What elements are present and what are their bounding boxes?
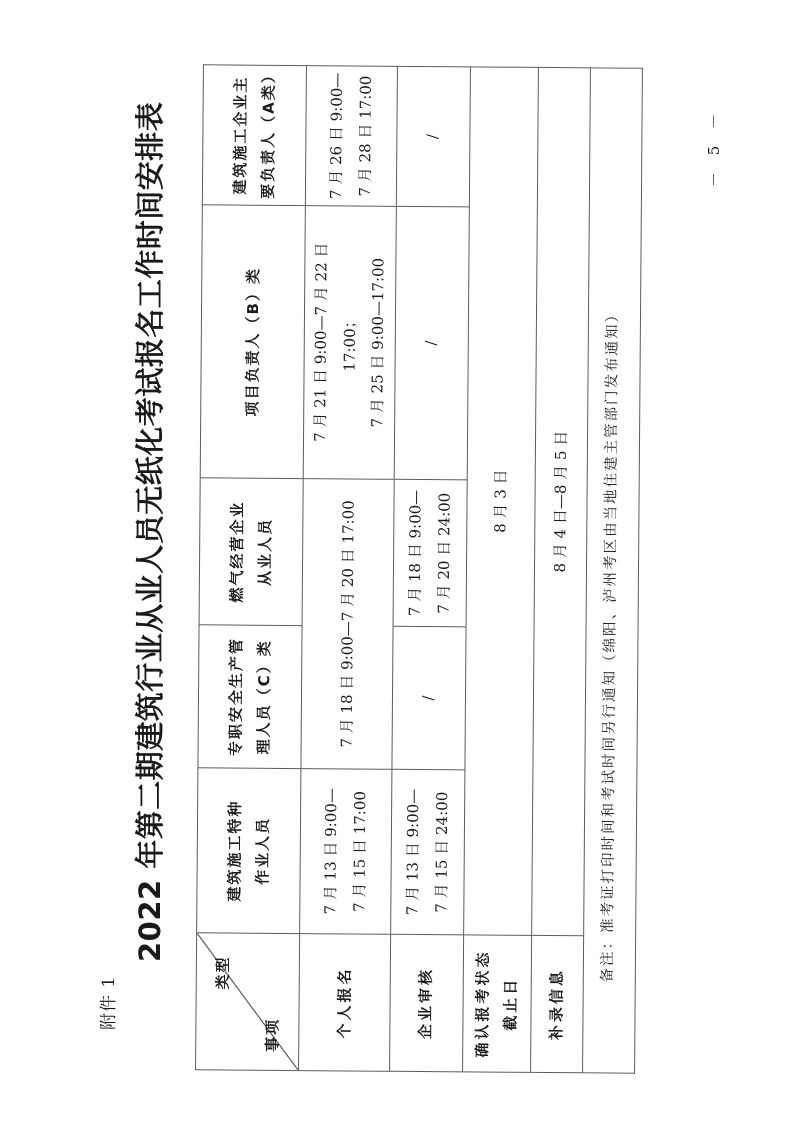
- page-number: － 5 －: [703, 108, 724, 187]
- schedule-table: 类型 事项 建筑施工特种 作业人员 专职安全生产管 理人员（C）类 燃气经营企业…: [195, 64, 642, 1073]
- cell-review-c-class: /: [391, 626, 465, 770]
- cell-review-b-class: /: [394, 206, 469, 480]
- table-row-enterprise-review: 企业审核 7 月 13 日 9:00— 7 月 15 日 24:00 / 7 月…: [389, 66, 470, 1072]
- table-row-supplement-info: 补录信息 8 月 4 日—8 月 5 日: [530, 67, 590, 1072]
- table-row-note: 备注：准考证打印时间和考试时间另行通知（绵阳、泸州考区由当地住建主管部门发布通知…: [582, 68, 642, 1073]
- cell-supplement-info-value: 8 月 4 日—8 月 5 日: [531, 67, 590, 935]
- rotated-page: 附件 1 2022 年第二期建筑行业从业人员无纸化考试报名工作时间安排表 类型 …: [0, 0, 800, 1132]
- row-label-supplement-info: 补录信息: [530, 935, 583, 1072]
- cell-personal-special-workers: 7 月 13 日 9:00— 7 月 15 日 17:00: [300, 769, 392, 935]
- document-viewport: 附件 1 2022 年第二期建筑行业从业人员无纸化考试报名工作时间安排表 类型 …: [0, 0, 800, 1132]
- corner-header-cell: 类型 事项: [196, 933, 300, 1071]
- cell-confirm-deadline-value: 8 月 3 日: [463, 67, 538, 936]
- cell-review-a-class: /: [396, 66, 470, 207]
- cell-personal-b-class: 7 月 21 日 9:00—7 月 22 日 17:00； 7 月 25 日 9…: [303, 206, 396, 480]
- column-header-a-class: 建筑施工企业主 要负责人（A类）: [202, 65, 306, 206]
- column-header-c-class: 专职安全生产管 理人员（C）类: [198, 625, 302, 769]
- corner-type-label: 类型: [209, 955, 238, 989]
- attachment-label: 附件 1: [94, 976, 119, 1030]
- table-note: 备注：准考证打印时间和考试时间另行通知（绵阳、泸州考区由当地住建主管部门发布通知…: [582, 68, 642, 1073]
- row-label-enterprise-review: 企业审核: [389, 934, 463, 1072]
- header-row: 类型 事项 建筑施工特种 作业人员 专职安全生产管 理人员（C）类 燃气经营企业…: [196, 65, 307, 1071]
- row-label-personal-registration: 个人报名: [299, 934, 391, 1072]
- page-title: 2022 年第二期建筑行业从业人员无纸化考试报名工作时间安排表: [128, 102, 169, 962]
- row-label-confirm-deadline: 确认报考状态 截止日: [462, 935, 531, 1073]
- cell-review-gas: 7 月 18 日 9:00— 7 月 20 日 24:00: [393, 479, 467, 627]
- table-row-personal-registration: 个人报名 7 月 13 日 9:00— 7 月 15 日 17:00 7 月 1…: [299, 66, 397, 1072]
- column-header-gas: 燃气经营企业 从业人员: [199, 478, 303, 626]
- column-header-special-workers: 建筑施工特种 作业人员: [197, 768, 301, 934]
- cell-review-special-workers: 7 月 13 日 9:00— 7 月 15 日 24:00: [390, 769, 464, 935]
- cell-personal-a-class: 7 月 26 日 9:00— 7 月 28 日 17:00: [305, 66, 397, 207]
- cell-personal-c-and-gas: 7 月 18 日 9:00—7 月 20 日 17:00: [301, 479, 394, 770]
- corner-item-label: 事项: [258, 1018, 287, 1052]
- table-row-confirm-deadline: 确认报考状态 截止日 8 月 3 日: [462, 67, 538, 1073]
- column-header-b-class: 项目负责人（B）类: [200, 205, 305, 479]
